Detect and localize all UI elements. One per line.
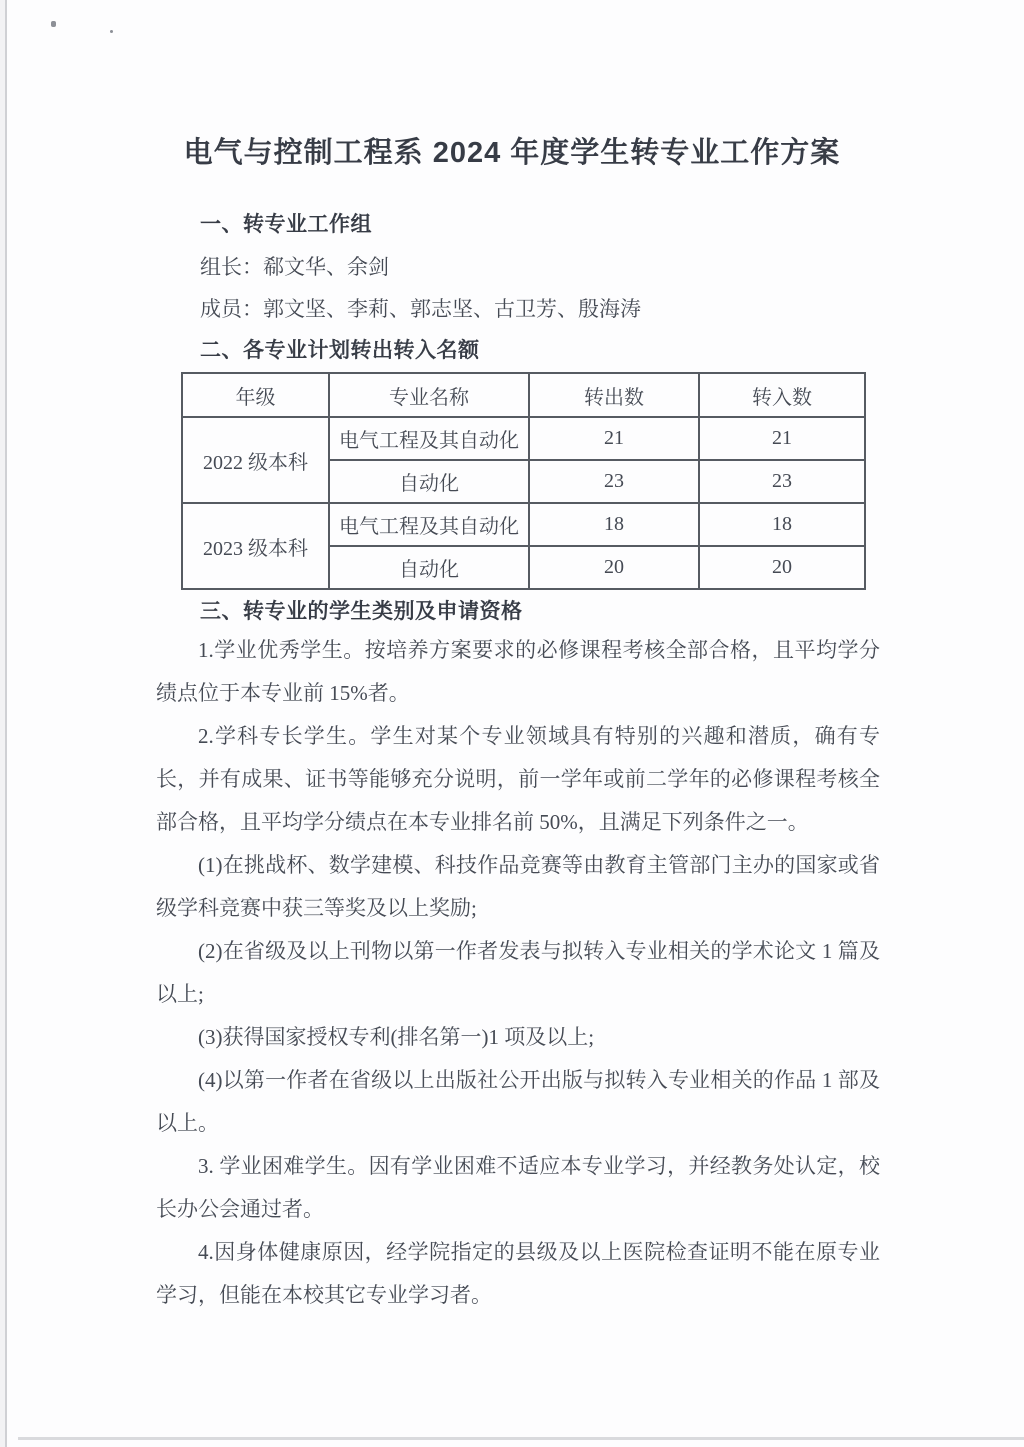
paragraph-condition-1: (1)在挑战杯、数学建模、科技作品竞赛等由教育主管部门主办的国家或省级学科竞赛中… <box>156 844 880 930</box>
section-3-heading: 三、转专业的学生类别及申请资格 <box>200 598 523 625</box>
scan-left-edge <box>0 0 7 1447</box>
intro-block: 一、转专业工作组 组长：郗文华、余剑 成员：郭文坚、李莉、郭志坚、古卫芳、殷海涛… <box>200 204 641 372</box>
group-members-line: 成员：郭文坚、李莉、郭志坚、古卫芳、殷海涛 <box>200 288 641 330</box>
header-transfer-in-count: 转入数 <box>699 373 865 417</box>
transfer-out-cell: 23 <box>529 460 699 503</box>
page-title: 电气与控制工程系 2024 年度学生转专业工作方案 <box>0 130 1024 171</box>
transfer-out-cell: 21 <box>529 417 699 460</box>
quota-table: 年级 专业名称 转出数 转入数 2022 级本科 电气工程及其自动化 21 21… <box>181 372 866 590</box>
document-page: 电气与控制工程系 2024 年度学生转专业工作方案 一、转专业工作组 组长：郗文… <box>0 0 1024 1447</box>
group-leader-line: 组长：郗文华、余剑 <box>200 246 641 288</box>
transfer-out-cell: 18 <box>529 503 699 546</box>
scan-bottom-edge <box>18 1437 1024 1440</box>
paragraph-condition-4: (4)以第一作者在省级以上出版社公开出版与拟转入专业相关的作品 1 部及以上。 <box>156 1059 880 1145</box>
transfer-in-cell: 20 <box>699 546 865 589</box>
paragraph-special-talent: 2.学科专长学生。学生对某个专业领域具有特别的兴趣和潜质，确有专长，并有成果、证… <box>156 715 880 844</box>
major-cell: 自动化 <box>329 460 529 503</box>
major-cell: 自动化 <box>329 546 529 589</box>
transfer-in-cell: 23 <box>699 460 865 503</box>
table-header-row: 年级 专业名称 转出数 转入数 <box>182 373 865 417</box>
header-transfer-out-count: 转出数 <box>529 373 699 417</box>
paragraph-academic-difficulty: 3. 学业困难学生。因有学业困难不适应本专业学习，并经教务处认定，校长办公会通过… <box>156 1145 880 1231</box>
transfer-in-cell: 18 <box>699 503 865 546</box>
paragraph-health-reason: 4.因身体健康原因，经学院指定的县级及以上医院检查证明不能在原专业学习，但能在本… <box>156 1231 880 1317</box>
grade-cell: 2022 级本科 <box>182 417 329 503</box>
paragraph-condition-2: (2)在省级及以上刊物以第一作者发表与拟转入专业相关的学术论文 1 篇及以上; <box>156 930 880 1016</box>
header-grade: 年级 <box>182 373 329 417</box>
body-paragraphs: 1.学业优秀学生。按培养方案要求的必修课程考核全部合格，且平均学分绩点位于本专业… <box>156 629 880 1317</box>
major-cell: 电气工程及其自动化 <box>329 503 529 546</box>
section-2-heading: 二、各专业计划转出转入名额 <box>200 330 641 372</box>
table-row: 2023 级本科 电气工程及其自动化 18 18 <box>182 503 865 546</box>
paragraph-academic-excellent: 1.学业优秀学生。按培养方案要求的必修课程考核全部合格，且平均学分绩点位于本专业… <box>156 629 880 715</box>
section-1-heading: 一、转专业工作组 <box>200 204 641 246</box>
scan-speck <box>51 21 56 27</box>
transfer-in-cell: 21 <box>699 417 865 460</box>
table-row: 2022 级本科 电气工程及其自动化 21 21 <box>182 417 865 460</box>
paragraph-condition-3: (3)获得国家授权专利(排名第一)1 项及以上; <box>156 1016 880 1059</box>
major-cell: 电气工程及其自动化 <box>329 417 529 460</box>
grade-cell: 2023 级本科 <box>182 503 329 589</box>
header-major-name: 专业名称 <box>329 373 529 417</box>
scan-speck <box>110 30 113 33</box>
transfer-out-cell: 20 <box>529 546 699 589</box>
